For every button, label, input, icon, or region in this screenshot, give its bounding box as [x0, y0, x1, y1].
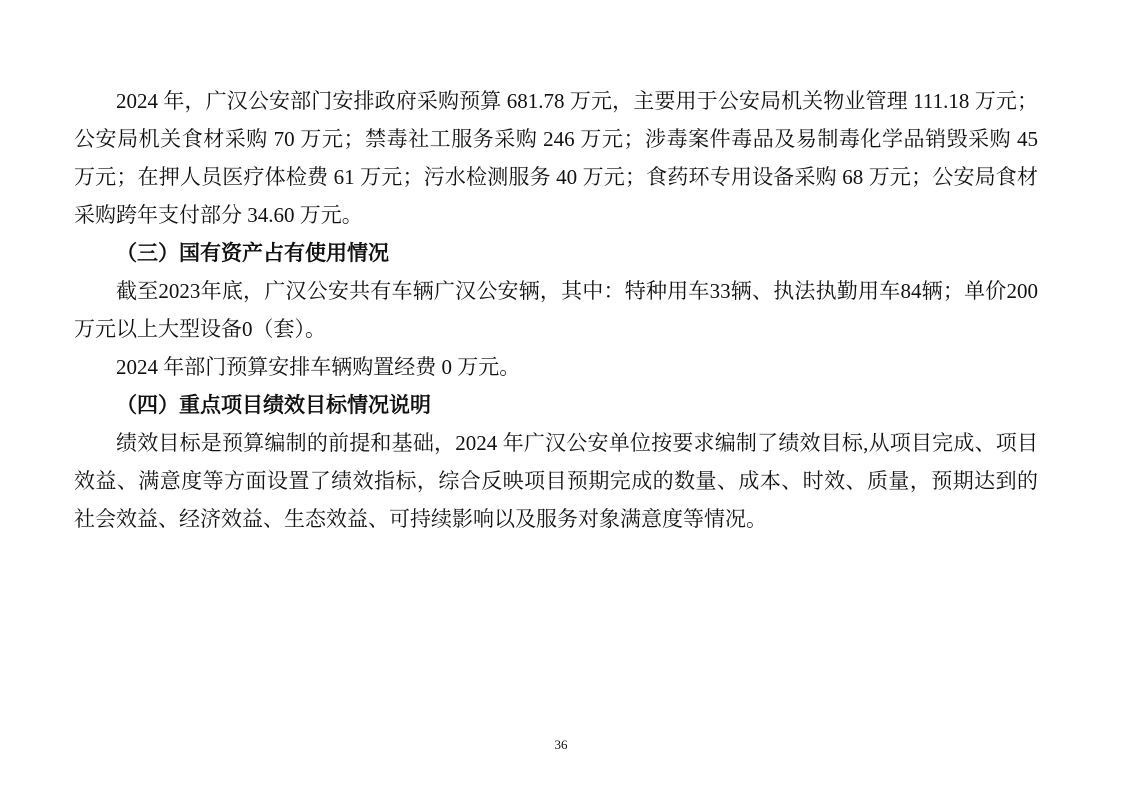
- page-number: 36: [0, 736, 1122, 754]
- page-content: 2024 年，广汉公安部门安排政府采购预算 681.78 万元，主要用于公安局机…: [74, 82, 1038, 538]
- document-page: 2024 年，广汉公安部门安排政府采购预算 681.78 万元，主要用于公安局机…: [0, 0, 1122, 793]
- heading-section-4-performance-targets: （四）重点项目绩效目标情况说明: [74, 386, 1038, 424]
- paragraph-government-procurement-budget: 2024 年，广汉公安部门安排政府采购预算 681.78 万元，主要用于公安局机…: [74, 82, 1038, 234]
- paragraph-performance-target-description: 绩效目标是预算编制的前提和基础，2024 年广汉公安单位按要求编制了绩效目标,从…: [74, 424, 1038, 538]
- heading-section-3-state-assets: （三）国有资产占有使用情况: [74, 234, 1038, 272]
- paragraph-vehicles-and-equipment: 截至2023年底，广汉公安共有车辆广汉公安辆，其中：特种用车33辆、执法执勤用车…: [74, 272, 1038, 348]
- paragraph-vehicle-purchase-budget: 2024 年部门预算安排车辆购置经费 0 万元。: [74, 348, 1038, 386]
